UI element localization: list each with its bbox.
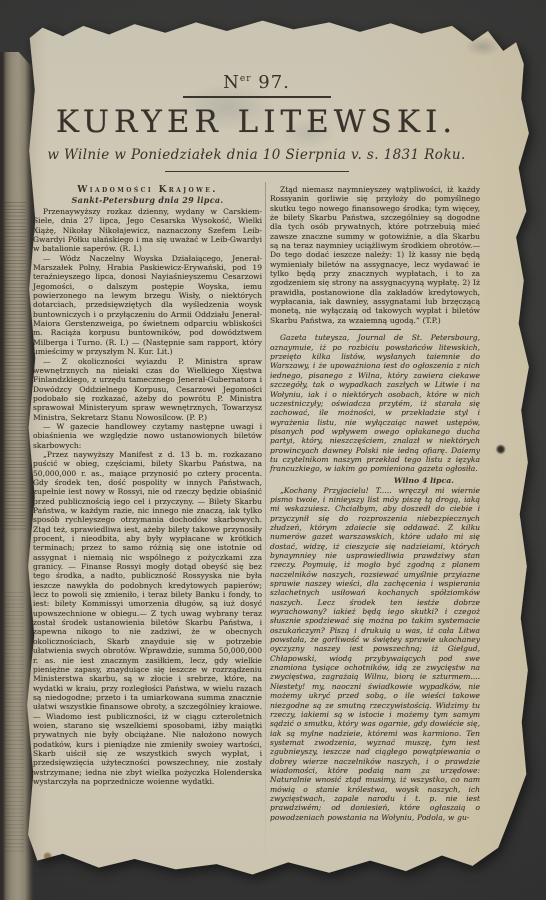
issue-value: 97. (252, 72, 290, 93)
masthead-rule-bottom (165, 171, 349, 173)
masthead-rule-top (183, 96, 331, 98)
scan-background: Ner 97. KURYER LITEWSKI. w Wilnie w Poni… (0, 0, 546, 900)
article-paragraph: „Przez naywyższy Manifest z d. 13 b. m. … (33, 450, 262, 786)
paper-sheet: Ner 97. KURYER LITEWSKI. w Wilnie w Poni… (22, 12, 534, 878)
letter-paragraph: „Kochany Przyjacielu! T..... wręczył mi … (270, 486, 480, 822)
text-columns: Wiadomości Krajowe. Sankt-Petersburg dni… (33, 185, 480, 822)
issue-superscript: er (240, 74, 252, 84)
masthead: Ner 97. KURYER LITEWSKI. w Wilnie w Poni… (33, 72, 480, 172)
article-paragraph: Ztąd niemasz naymnieyszey wątpliwości, i… (270, 185, 480, 325)
article-paragraph: Gazeta tuteysza, Journal de St. Petersbo… (270, 333, 480, 473)
right-column: Ztąd niemasz naymnieyszey wątpliwości, i… (270, 185, 480, 822)
article-paragraph: Przenaywyższy rozkaz dzienny, wydany w C… (33, 207, 262, 254)
letter-dateline: Wilno 4 lipca. (270, 476, 480, 485)
section-divider-rule (349, 329, 401, 330)
newspaper-title: KURYER LITEWSKI. (33, 104, 480, 140)
section-heading-domestic-news: Wiadomości Krajowe. (33, 185, 262, 195)
newspaper-page: Ner 97. KURYER LITEWSKI. w Wilnie w Poni… (22, 12, 534, 878)
article-paragraph: — Z okoliczności wyiazdu P. Ministra spr… (33, 357, 262, 422)
issue-number: Ner 97. (33, 72, 480, 93)
article-paragraph: — W gazecie handlowey czytamy następne u… (33, 422, 262, 450)
masthead-dateline: w Wilnie w Poniedziałek dnia 10 Sierpnia… (33, 147, 480, 163)
page-content: Ner 97. KURYER LITEWSKI. w Wilnie w Poni… (33, 12, 480, 822)
left-column: Wiadomości Krajowe. Sankt-Petersburg dni… (33, 185, 262, 786)
issue-prefix: N (223, 72, 240, 93)
petersburg-dateline: Sankt-Petersburg dnia 29 lipca. (33, 195, 262, 205)
article-paragraph: — Wódz Naczelny Woyska Działaiącego, Jen… (33, 254, 262, 357)
